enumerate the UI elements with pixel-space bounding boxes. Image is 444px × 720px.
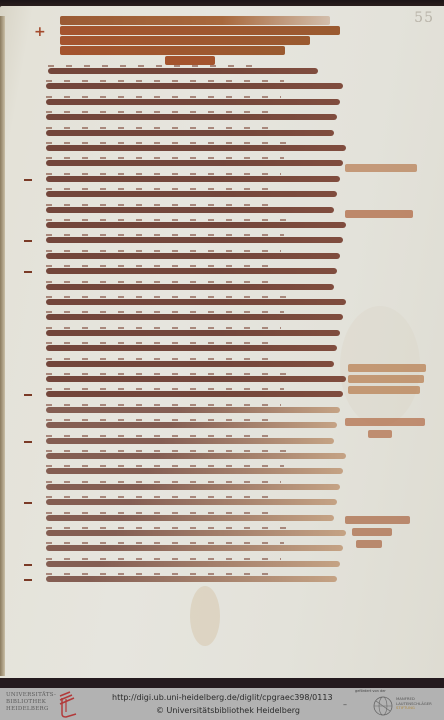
ink-stroke (46, 561, 340, 567)
marginal-note (352, 528, 392, 536)
manuscript-text-line (46, 511, 334, 526)
manuscript-text-line (46, 372, 346, 387)
ink-accent (46, 311, 284, 313)
marginal-note (345, 210, 413, 218)
marginal-note (348, 386, 420, 394)
ink-stroke (46, 145, 346, 151)
manuscript-text-line (46, 557, 340, 572)
ink-accent (46, 296, 286, 298)
manuscript-text-line (46, 434, 334, 449)
ink-accent (46, 558, 281, 560)
manuscript-text-line (46, 249, 340, 264)
manuscript-text-line (46, 387, 343, 402)
ink-stroke (46, 484, 340, 490)
ink-stroke (46, 130, 334, 136)
ink-stroke (46, 314, 343, 320)
ink-accent (46, 542, 284, 544)
manuscript-text-line (46, 310, 343, 325)
manuscript-text-line (46, 541, 343, 556)
ink-accent (46, 219, 286, 221)
manuscript-text-line (46, 403, 340, 418)
ink-stroke (46, 391, 343, 397)
ink-accent (46, 527, 286, 529)
manuscript-text-line (46, 156, 343, 171)
ink-accent (46, 142, 286, 144)
ink-stroke (46, 453, 346, 459)
ink-accent (46, 173, 281, 175)
ink-accent (46, 342, 279, 344)
ink-stroke (46, 222, 346, 228)
copyright-notice: © Universitätsbibliothek Heidelberg (156, 706, 300, 715)
ink-stroke (46, 499, 337, 505)
viewer-footer: UNIVERSITÄTS- BIBLIOTHEK HEIDELBERG http… (0, 688, 444, 720)
marginal-note (348, 375, 424, 383)
ink-accent (46, 373, 286, 375)
ink-accent (46, 188, 279, 190)
ink-stroke (46, 83, 343, 89)
manuscript-text-line (46, 233, 343, 248)
ink-stroke (46, 299, 346, 305)
ink-accent (46, 388, 284, 390)
ink-stroke (46, 530, 346, 536)
ink-stroke (46, 268, 337, 274)
manuscript-text-line (46, 79, 343, 94)
ink-accent (46, 111, 279, 113)
separator: – (343, 700, 347, 709)
library-logo-icon[interactable] (56, 690, 80, 718)
manuscript-text-line (46, 341, 337, 356)
manuscript-text-line (46, 295, 346, 310)
manuscript-viewer: 55 + UNIVERSITÄTS- BIBLIOTHEK (0, 0, 444, 720)
ink-stroke (46, 330, 340, 336)
stain (190, 586, 220, 646)
manuscript-text-line (46, 203, 334, 218)
ink-stroke (46, 576, 337, 582)
ink-stroke (46, 284, 334, 290)
rubric-line (60, 36, 310, 45)
manuscript-text-line (46, 526, 346, 541)
paragraph-marker (24, 502, 32, 504)
manuscript-text-line (46, 280, 334, 295)
ink-accent (46, 80, 284, 82)
ink-accent (46, 512, 276, 514)
ink-stroke (48, 68, 318, 74)
manuscript-text-line (46, 326, 340, 341)
manuscript-text-line (46, 126, 334, 141)
manuscript-text-line (46, 141, 346, 156)
ink-accent (46, 358, 276, 360)
ink-stroke (46, 99, 340, 105)
ink-accent (46, 204, 276, 206)
ink-accent (46, 450, 286, 452)
manuscript-text-line (46, 218, 346, 233)
paragraph-marker (24, 564, 32, 566)
ink-stroke (46, 207, 334, 213)
page-edge (0, 16, 5, 676)
ink-stroke (46, 176, 340, 182)
ink-stroke (46, 515, 334, 521)
ink-stroke (46, 376, 346, 382)
sponsor-globe-icon[interactable] (372, 695, 394, 717)
paragraph-marker (24, 179, 32, 181)
manuscript-text-line (46, 357, 334, 372)
ink-accent (46, 404, 281, 406)
ink-accent (46, 127, 276, 129)
paragraph-marker (24, 579, 32, 581)
ink-accent (46, 157, 284, 159)
manuscript-page: 55 + (0, 6, 444, 682)
marginal-note (368, 430, 392, 438)
manuscript-text-line (46, 418, 337, 433)
manuscript-text-line (46, 172, 340, 187)
ink-accent (46, 265, 279, 267)
scan-background-bottom (0, 678, 444, 688)
sponsor-label: gefördert von der (355, 689, 386, 693)
ink-stroke (46, 253, 340, 259)
folio-number: 55 (414, 10, 434, 26)
paragraph-marker (24, 441, 32, 443)
ink-accent (46, 435, 276, 437)
manuscript-text-line (46, 187, 337, 202)
rubric-line (60, 16, 330, 25)
paragraph-marker (24, 240, 32, 242)
ink-accent (46, 496, 279, 498)
sponsor-name[interactable]: MANFRED LAUTENSCHLÄGER STIFTUNG (396, 697, 432, 711)
rubric-header (60, 16, 350, 66)
ink-accent (46, 481, 281, 483)
ink-accent (46, 234, 284, 236)
manuscript-text-line (48, 64, 318, 79)
ink-accent (46, 465, 284, 467)
manuscript-text-line (46, 572, 337, 587)
ink-accent (46, 573, 279, 575)
marginal-note (348, 364, 426, 372)
manuscript-text-line (46, 449, 346, 464)
manuscript-text-line (46, 464, 343, 479)
ink-accent (46, 419, 279, 421)
ink-accent (48, 65, 264, 67)
paragraph-marker (24, 394, 32, 396)
ink-stroke (46, 114, 337, 120)
manuscript-text-line (46, 480, 340, 495)
ink-accent (46, 281, 276, 283)
manuscript-text-line (46, 264, 337, 279)
ink-stroke (46, 468, 343, 474)
ink-accent (46, 327, 281, 329)
marginal-note (345, 516, 410, 524)
manuscript-text-line (46, 95, 340, 110)
cross-marker: + (34, 24, 46, 40)
ink-stroke (46, 191, 337, 197)
ink-stroke (46, 237, 343, 243)
marginal-note (356, 540, 382, 548)
ink-stroke (46, 438, 334, 444)
ink-stroke (46, 545, 343, 551)
manuscript-text-line (46, 495, 337, 510)
ink-stroke (46, 160, 343, 166)
ink-accent (46, 250, 281, 252)
ink-stroke (46, 422, 337, 428)
ink-stroke (46, 361, 334, 367)
ink-stroke (46, 345, 337, 351)
manuscript-text-line (46, 110, 337, 125)
paragraph-marker (24, 271, 32, 273)
library-name[interactable]: UNIVERSITÄTS- BIBLIOTHEK HEIDELBERG (6, 692, 56, 713)
marginal-note (345, 164, 417, 172)
rubric-line (60, 26, 340, 35)
marginal-note (345, 418, 425, 426)
rubric-line (60, 46, 285, 55)
ink-accent (46, 96, 281, 98)
ink-stroke (46, 407, 340, 413)
permalink-url[interactable]: http://digi.ub.uni-heidelberg.de/diglit/… (112, 693, 333, 702)
